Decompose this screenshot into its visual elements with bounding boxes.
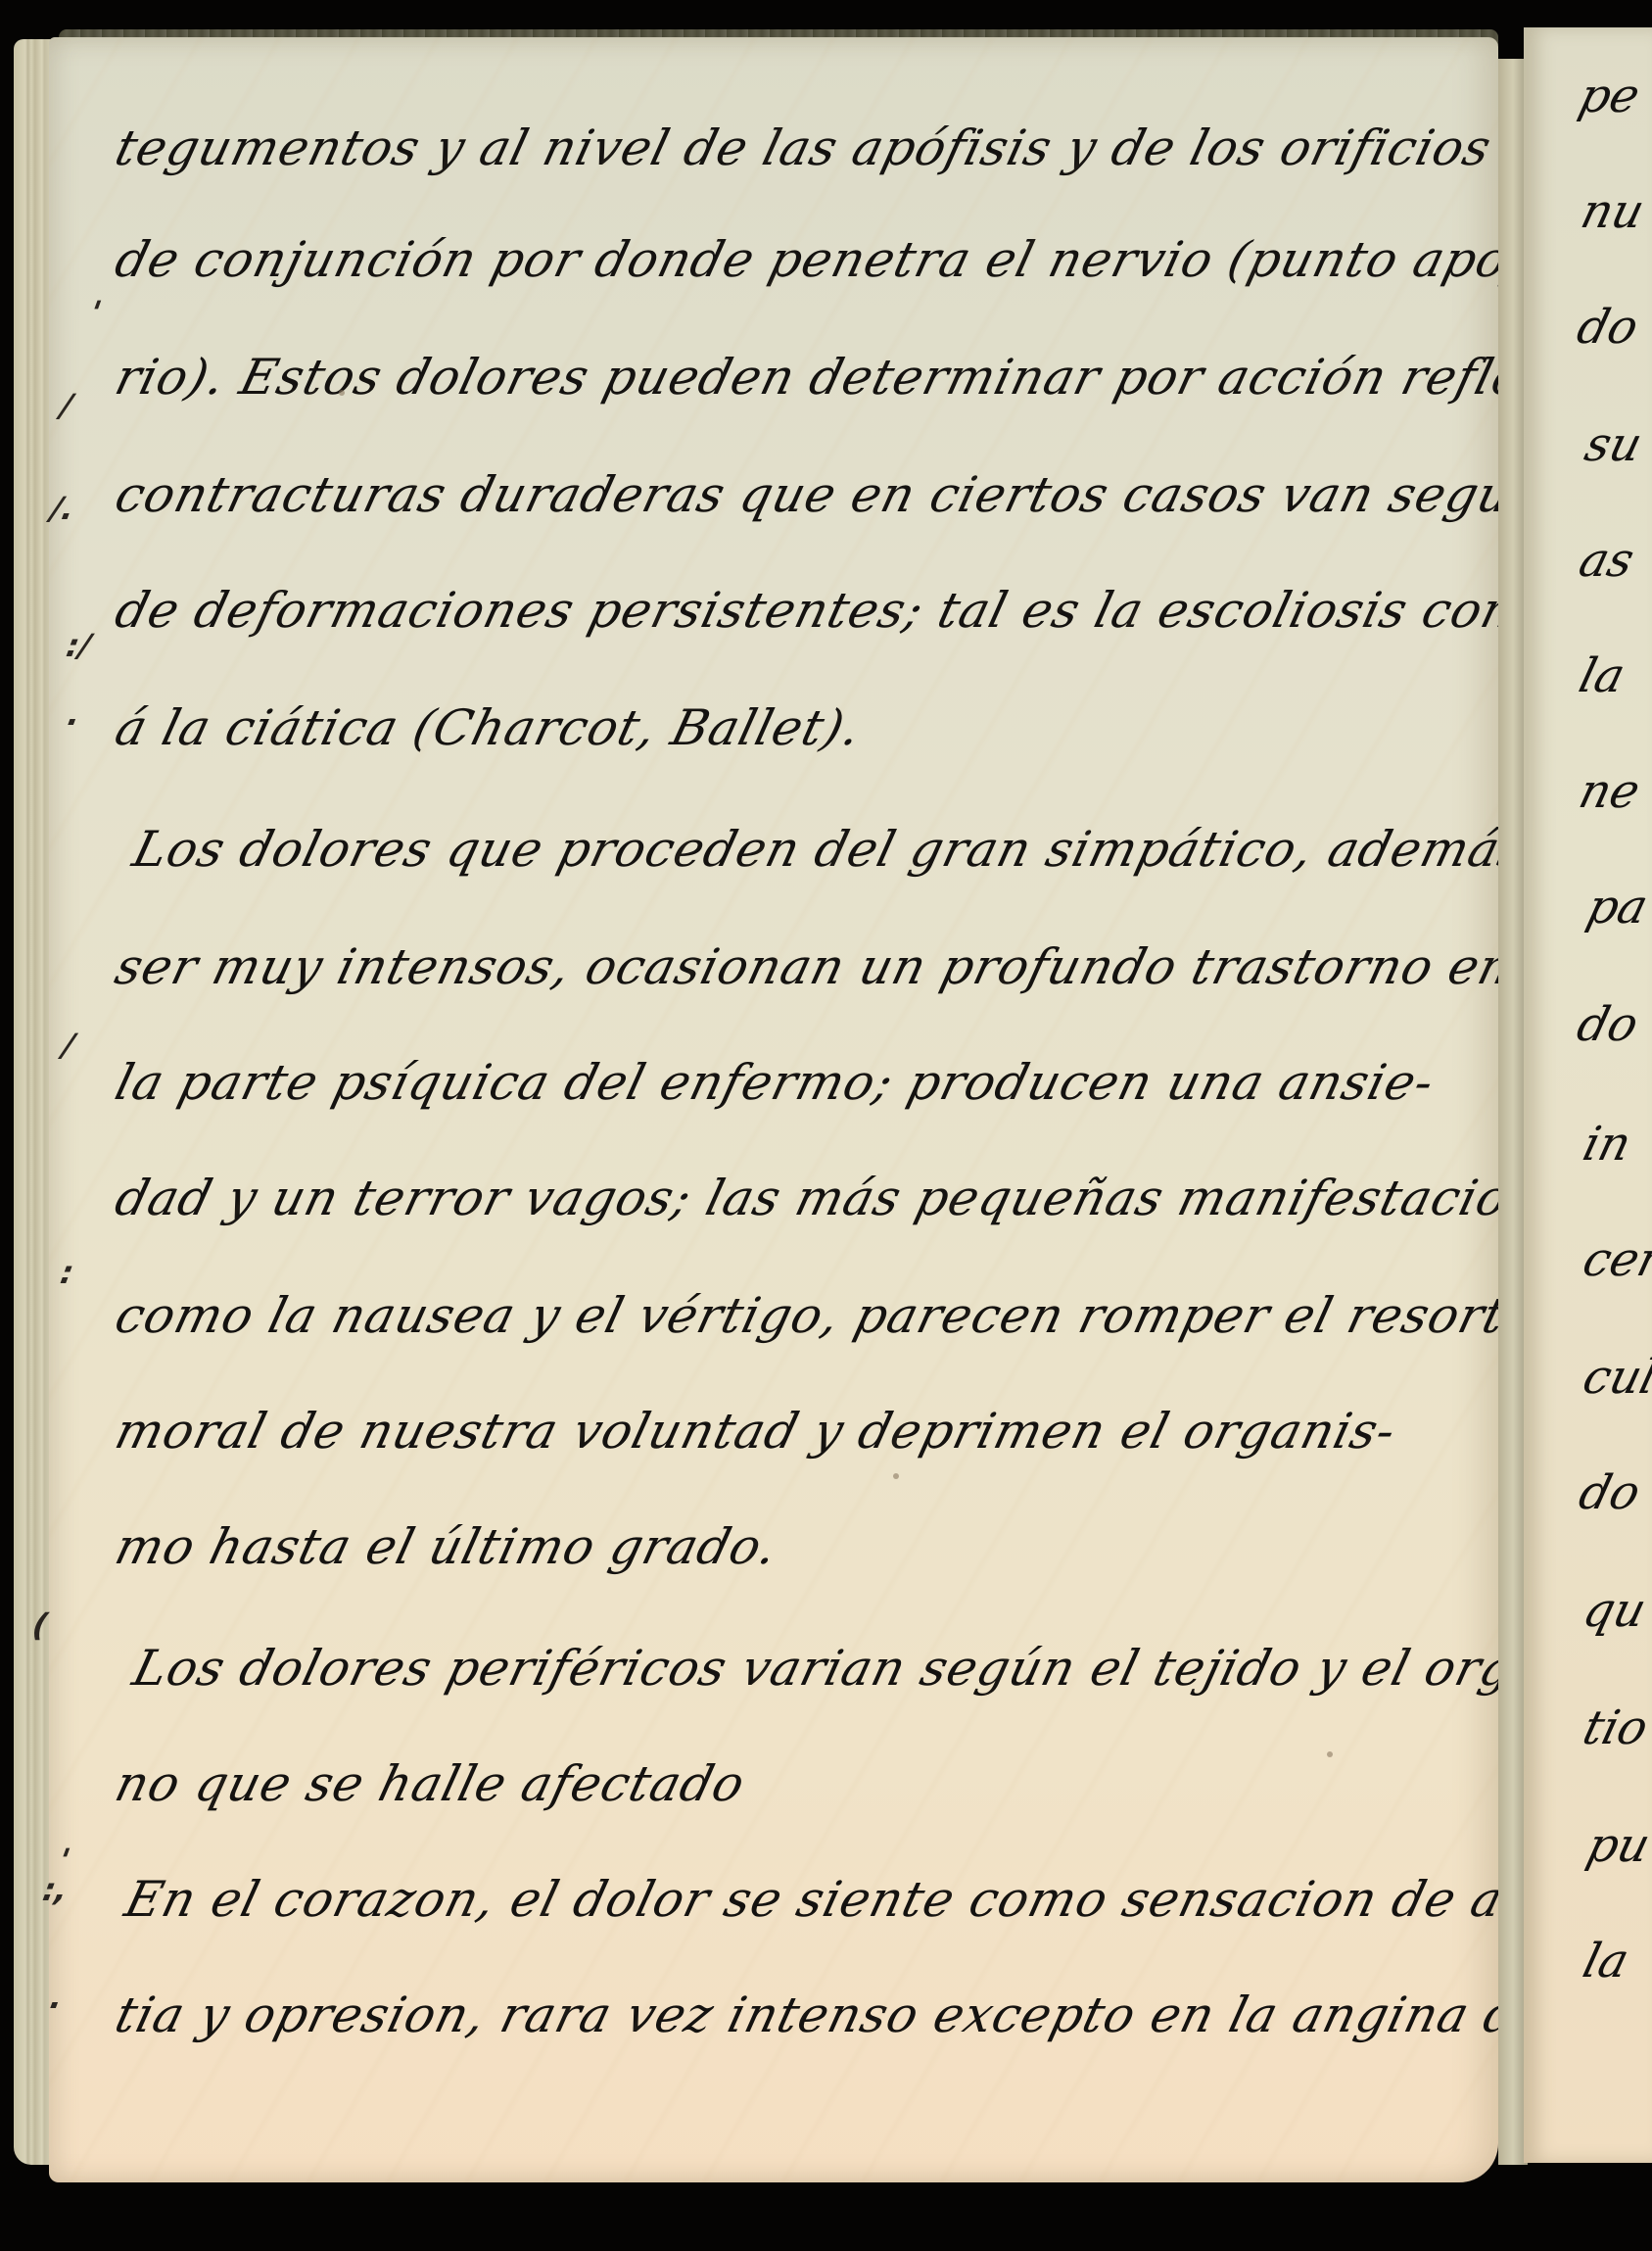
manuscript-line: de conjunción por donde penetra el nervi… [110, 231, 1606, 288]
manuscript-line-fragment: tio [1578, 1700, 1652, 1755]
manuscript-line: tegumentos y al nivel de las apófisis y … [110, 120, 1497, 176]
manuscript-line: ser muy intensos, ocasionan un profundo … [110, 938, 1519, 995]
manuscript-line: la parte psíquica del enfermo; producen … [110, 1054, 1440, 1111]
manuscript-line-fragment: la [1574, 648, 1630, 703]
manuscript-line: contracturas duraderas que en ciertos ca… [110, 466, 1624, 523]
manuscript-line-fragment: cul [1578, 1350, 1652, 1405]
ink-dot [893, 1473, 899, 1479]
manuscript-line: no que se halle afectado [110, 1755, 751, 1812]
manuscript-line-fragment: qu [1578, 1583, 1652, 1638]
manuscript-line-fragment: pa [1581, 880, 1652, 934]
ink-dot [1327, 1751, 1333, 1757]
manuscript-line-fragment: in [1578, 1117, 1636, 1172]
manuscript-line: de deformaciones persistentes; tal es la… [110, 582, 1652, 639]
manuscript-line-fragment: do [1572, 997, 1644, 1052]
manuscript-line: Los dolores periféricos varian según el … [127, 1640, 1568, 1697]
ink-dot [339, 390, 345, 396]
manuscript-line-fragment: as [1574, 533, 1639, 588]
manuscript-line: En el corazon, el dolor se siente como s… [119, 1871, 1650, 1928]
right-manuscript-page-fragment: pe nu do su as la ne pa do in cer cul do… [1524, 27, 1652, 2163]
manuscript-line: Los dolores que proceden del gran simpát… [127, 821, 1611, 878]
manuscript-line-fragment: pu [1581, 1818, 1652, 1873]
manuscript-line: á la ciática (Charcot, Ballet). [110, 699, 868, 756]
manuscript-line: moral de nuestra voluntad y deprimen el … [110, 1403, 1402, 1460]
manuscript-line-fragment: do [1572, 300, 1644, 355]
manuscript-line: tia y opresion, rara vez intenso excepto… [110, 1987, 1554, 2043]
left-manuscript-page: tegumentos y al nivel de las apófisis y … [49, 37, 1498, 2182]
manuscript-line: como la nausea y el vértigo, parecen rom… [110, 1287, 1541, 1344]
manuscript-line-fragment: la [1578, 1934, 1634, 1988]
manuscript-line: mo hasta el último grado. [110, 1518, 783, 1575]
manuscript-line-fragment: su [1580, 417, 1648, 472]
manuscript-line: dad y un terror vagos; las más pequeñas … [110, 1170, 1620, 1226]
manuscript-line-fragment: ne [1574, 764, 1645, 819]
manuscript-line-fragment: nu [1576, 184, 1650, 239]
scanned-image: tegumentos y al nivel de las apófisis y … [0, 0, 1652, 2251]
manuscript-line-fragment: pe [1574, 69, 1645, 123]
manuscript-line-fragment: cer [1578, 1232, 1652, 1287]
manuscript-line: rio). Estos dolores pueden determinar po… [110, 349, 1592, 406]
manuscript-line-fragment: do [1574, 1465, 1646, 1520]
